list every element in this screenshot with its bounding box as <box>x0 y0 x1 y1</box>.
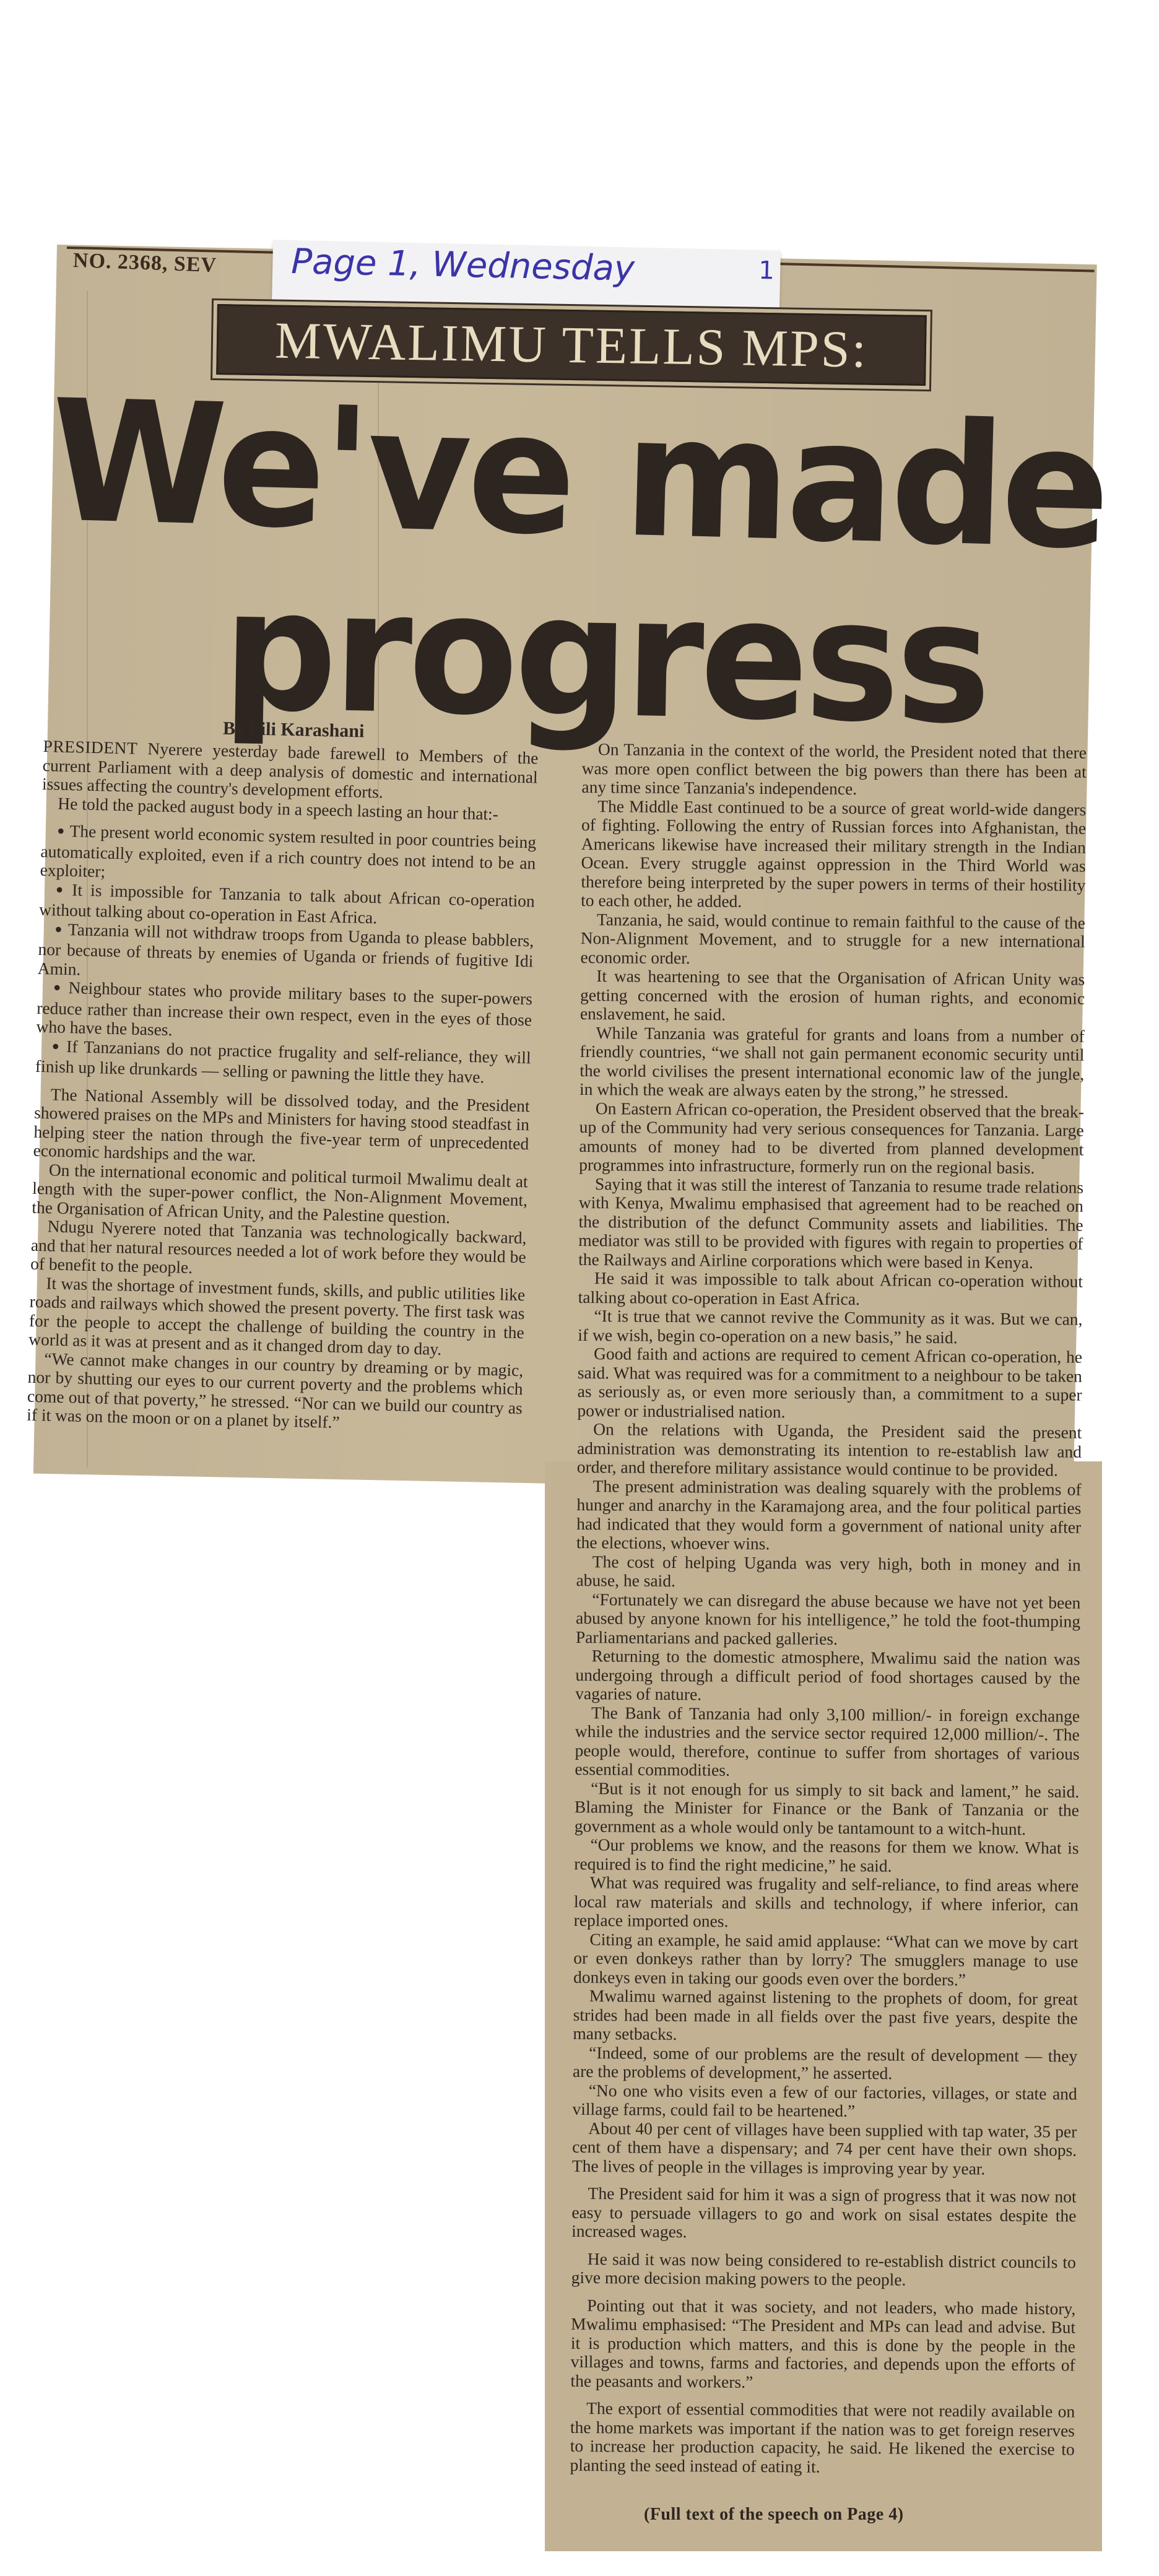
body-paragraph: About 40 per cent of villages have been … <box>572 2118 1077 2178</box>
body-paragraph: “We cannot make changes in our country b… <box>27 1349 524 1437</box>
headline-line-1: We've made <box>48 364 1109 587</box>
body-paragraph: Good faith and actions are required to c… <box>577 1344 1082 1424</box>
body-paragraph: “But is it not enough for us simply to s… <box>575 1778 1080 1838</box>
body-paragraph: The cost of helping Uganda was very high… <box>576 1552 1080 1593</box>
key-points-list: The present world economic system result… <box>35 821 537 1088</box>
body-paragraph: It was heartening to see that the Organi… <box>580 967 1085 1027</box>
body-paragraph: “Our problems we know, and the reasons f… <box>574 1835 1079 1877</box>
body-paragraph: Tanzania, he said, would continue to rem… <box>580 910 1085 970</box>
body-paragraph: Mwalimu warned against listening to the … <box>573 1986 1078 2047</box>
body-paragraph: He said it was impossible to talk about … <box>578 1269 1083 1310</box>
body-paragraph: Saying that it was still the interest of… <box>578 1174 1083 1272</box>
body-paragraph: On Tanzania in the context of the world,… <box>581 740 1087 800</box>
article-right-column: On Tanzania in the context of the world,… <box>570 740 1087 2478</box>
body-paragraph: The National Assembly will be dissolved … <box>33 1084 530 1172</box>
body-paragraph: “It is true that we cannot revive the Co… <box>578 1307 1082 1348</box>
body-paragraph: What was required was frugality and self… <box>574 1873 1079 1933</box>
body-paragraph: While Tanzania was grateful for grants a… <box>579 1023 1085 1102</box>
continuation-note: (Full text of the speech on Page 4) <box>644 2505 904 2525</box>
body-paragraph: On Eastern African co-operation, the Pre… <box>579 1099 1084 1178</box>
right-body-spaced: The President said for him it was a sign… <box>570 2184 1076 2478</box>
handwritten-page-mark: 1 <box>758 256 775 285</box>
lead-caps: PRESIDENT <box>43 736 137 758</box>
handwritten-sticky-note: Page 1, Wednesday 1 <box>272 240 781 312</box>
handwritten-note-text: Page 1, Wednesday <box>291 241 635 289</box>
body-paragraph: “No one who visits even a few of our fac… <box>572 2081 1077 2122</box>
masthead-issue: NO. 2368, SEV <box>72 249 217 277</box>
body-paragraph: The Middle East continued to be a source… <box>581 796 1086 913</box>
right-body: On Tanzania in the context of the world,… <box>572 740 1087 2179</box>
body-paragraph: The President said for him it was a sign… <box>571 2184 1077 2244</box>
body-paragraph: It was the shortage of investment funds,… <box>28 1273 526 1361</box>
body-paragraph: Pointing out that it was society, and no… <box>570 2295 1075 2393</box>
body-paragraph: The present administration was dealing s… <box>576 1476 1082 1556</box>
body-paragraph: Citing an example, he said amid applause… <box>573 1930 1079 1990</box>
body-paragraph: Returning to the domestic atmosphere, Mw… <box>575 1647 1080 1707</box>
body-paragraph: The Bank of Tanzania had only 3,100 mill… <box>575 1703 1080 1782</box>
body-paragraph: “Fortunately we can disregard the abuse … <box>576 1590 1081 1650</box>
body-paragraph: The export of essential commodities that… <box>570 2399 1075 2478</box>
kicker-text: MWALIMU TELLS MPS: <box>274 310 868 380</box>
article-left-column: PRESIDENT Nyerere yesterday bade farewel… <box>27 737 539 1437</box>
byline: By Fili Karashani <box>223 718 365 742</box>
body-paragraph: “Indeed, some of our problems are the re… <box>573 2043 1077 2084</box>
body-paragraph: He said it was now being considered to r… <box>571 2249 1076 2291</box>
left-body: The National Assembly will be dissolved … <box>27 1084 530 1436</box>
body-paragraph: On the relations with Uganda, the Presid… <box>577 1420 1082 1480</box>
